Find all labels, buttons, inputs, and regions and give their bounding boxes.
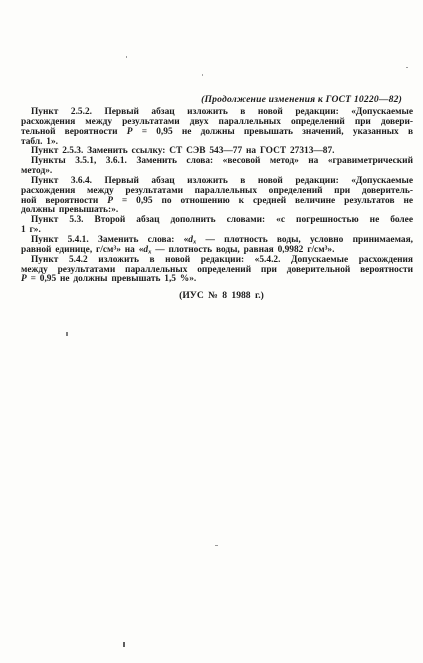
doc-line: Пункт 5.3. Второй абзац дополнить словам…: [21, 216, 413, 226]
scan-speck: [406, 67, 408, 68]
scan-speck: [123, 642, 125, 647]
scan-speck: [202, 74, 203, 76]
text-block: (Продолжение изменения к ГОСТ 10220—82) …: [21, 95, 413, 301]
line-segment: — плотность воды, равная 0,9982 г/см³».: [151, 245, 334, 255]
doc-line: тельной вероятности Р = 0,95 не должны п…: [21, 128, 413, 138]
line-segment: = 0,95 не должны превышать 1,5 %».: [27, 274, 197, 284]
line-segment: ной вероятности: [21, 196, 107, 206]
doc-line: Пункты 3.5.1, 3.6.1. Заменить слова: «ве…: [21, 157, 413, 167]
body-text: Пункт 2.5.2. Первый абзац изложить в нов…: [21, 108, 413, 285]
line-segment: = 0,95 не должны превышать значений, ука…: [133, 127, 414, 137]
footer-note: (ИУС № 8 1988 г.): [21, 290, 413, 301]
scan-speck: [66, 332, 68, 336]
scan-speck: [215, 545, 218, 546]
doc-line: Р = 0,95 не должны превышать 1,5 %».: [21, 275, 413, 285]
line-segment: тельной вероятности: [21, 127, 127, 137]
line-segment: — плотность воды, условно принимаемая,: [196, 235, 413, 245]
line-segment: = 0,95 по отношению к средней величине р…: [113, 196, 413, 206]
line-segment: равной единице, г/см³» на «: [21, 245, 143, 255]
header-note: (Продолжение изменения к ГОСТ 10220—82): [21, 95, 413, 105]
scan-speck: [126, 56, 127, 58]
line-segment: Пункт 5.4.1. Заменить слова: «: [31, 235, 188, 245]
document-page: (Продолжение изменения к ГОСТ 10220—82) …: [0, 0, 423, 663]
